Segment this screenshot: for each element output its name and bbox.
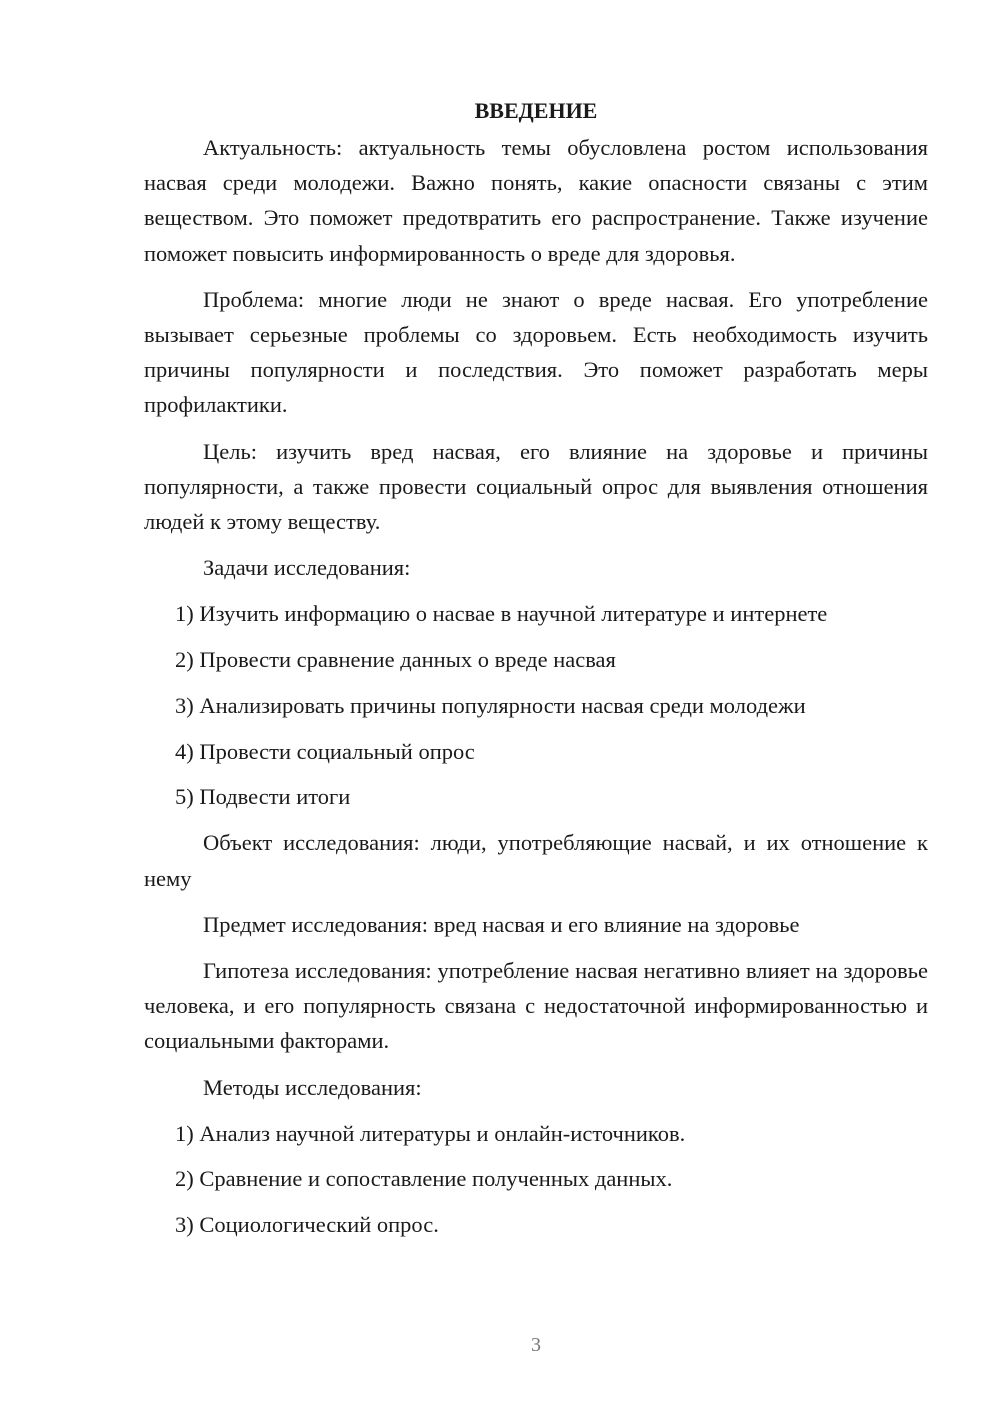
method-item: 2) Сравнение и сопоставление полученных …	[144, 1161, 928, 1196]
spacer	[144, 271, 928, 282]
page-title: ВВЕДЕНИЕ	[144, 96, 928, 130]
paragraph-goal: Цель: изучить вред насвая, его влияние н…	[144, 434, 928, 540]
spacer	[144, 896, 928, 907]
spacer	[144, 814, 928, 825]
methods-heading: Методы исследования:	[144, 1070, 928, 1105]
task-item: 4) Провести социальный опрос	[144, 734, 928, 769]
paragraph-relevance: Актуальность: актуальность темы обусловл…	[144, 130, 928, 271]
tasks-heading: Задачи исследования:	[144, 550, 928, 585]
spacer	[144, 942, 928, 953]
page-content: ВВЕДЕНИЕ Актуальность: актуальность темы…	[144, 96, 928, 1242]
spacer	[144, 1105, 928, 1116]
methods-list: 1) Анализ научной литературы и онлайн-ис…	[144, 1116, 928, 1243]
task-item: 3) Анализировать причины популярности на…	[144, 688, 928, 723]
document-page: ВВЕДЕНИЕ Актуальность: актуальность темы…	[0, 0, 1000, 1414]
spacer	[144, 1059, 928, 1070]
task-item: 2) Провести сравнение данных о вреде нас…	[144, 642, 928, 677]
paragraph-subject: Предмет исследования: вред насвая и его …	[144, 907, 928, 942]
task-item: 5) Подвести итоги	[144, 779, 928, 814]
paragraph-object: Объект исследования: люди, употребляющие…	[144, 825, 928, 895]
page-number: 3	[0, 1334, 1000, 1357]
paragraph-problem: Проблема: многие люди не знают о вреде н…	[144, 282, 928, 423]
spacer	[144, 539, 928, 550]
paragraph-hypothesis: Гипотеза исследования: употребление насв…	[144, 953, 928, 1059]
spacer	[144, 423, 928, 434]
method-item: 3) Социологический опрос.	[144, 1207, 928, 1242]
method-item: 1) Анализ научной литературы и онлайн-ис…	[144, 1116, 928, 1151]
tasks-list: 1) Изучить информацию о насвае в научной…	[144, 596, 928, 814]
spacer	[144, 585, 928, 596]
task-item: 1) Изучить информацию о насвае в научной…	[144, 596, 928, 631]
